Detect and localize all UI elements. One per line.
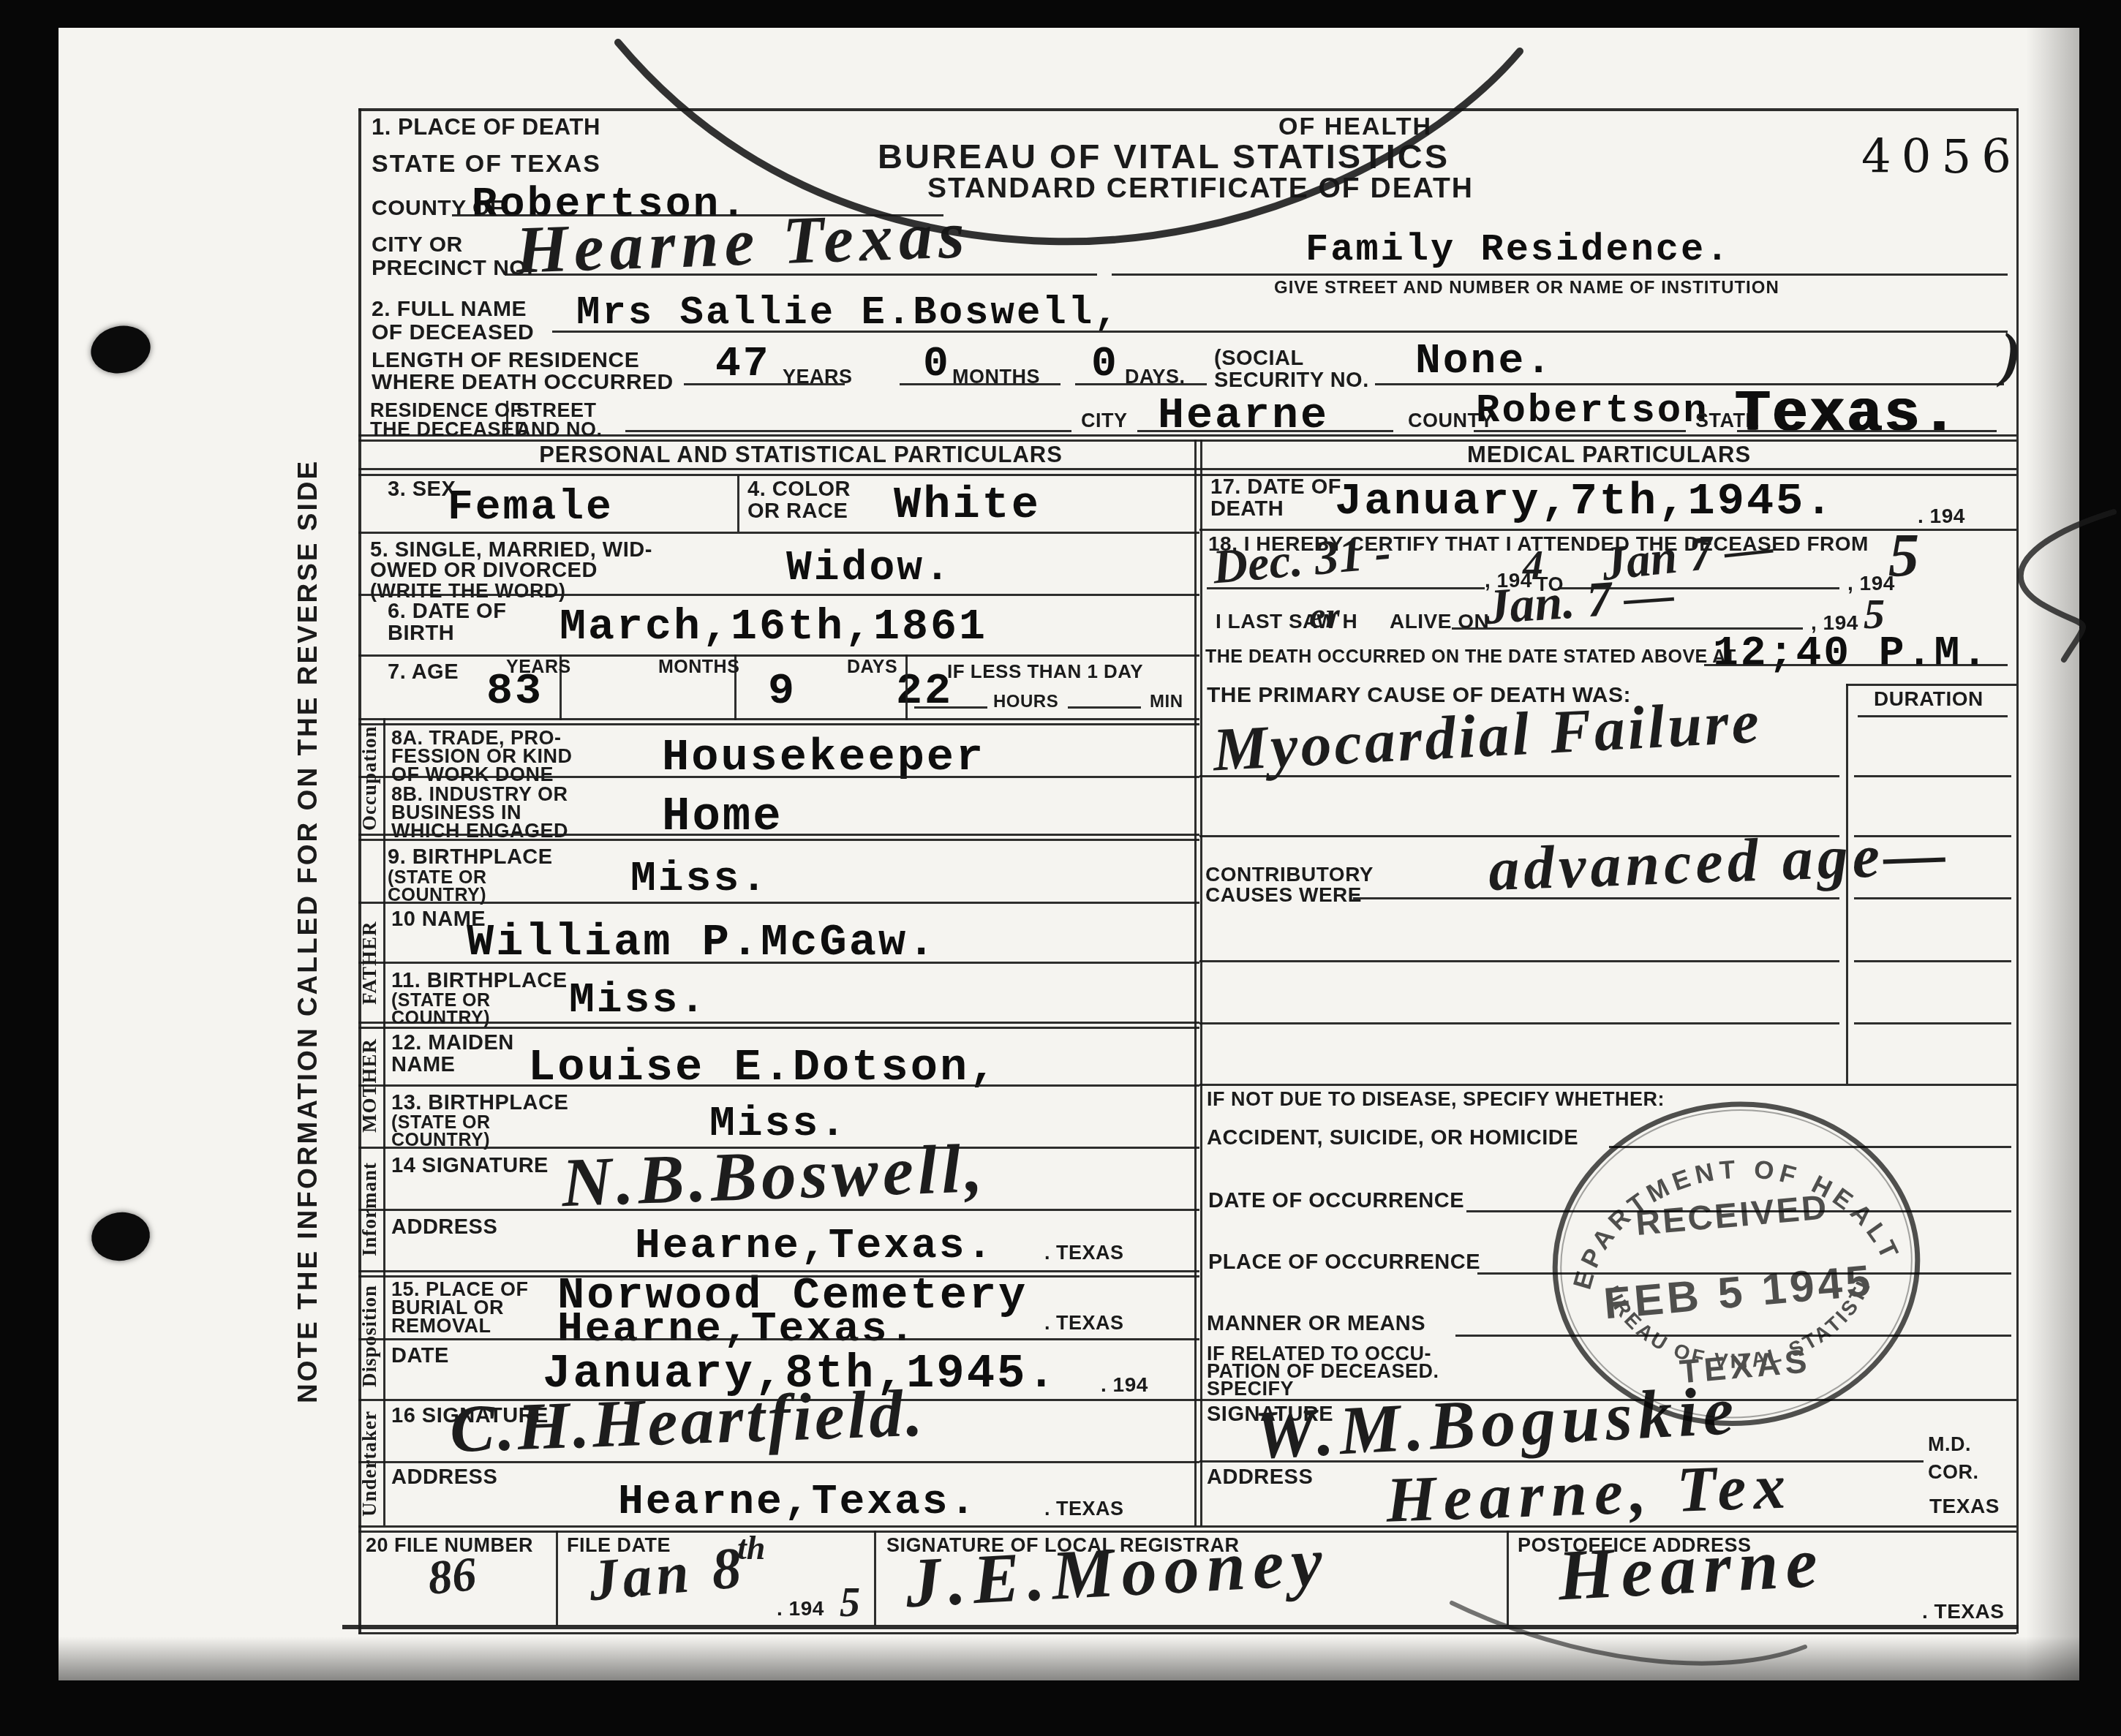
scan-artifacts [0,0,2121,1736]
signature-tail-mark [1452,1603,1805,1664]
top-sweep-mark [618,42,1520,241]
right-pen-mark [2021,512,2114,660]
death-certificate-scan: NOTE THE INFORMATION CALLED FOR ON THE R… [0,0,2121,1736]
